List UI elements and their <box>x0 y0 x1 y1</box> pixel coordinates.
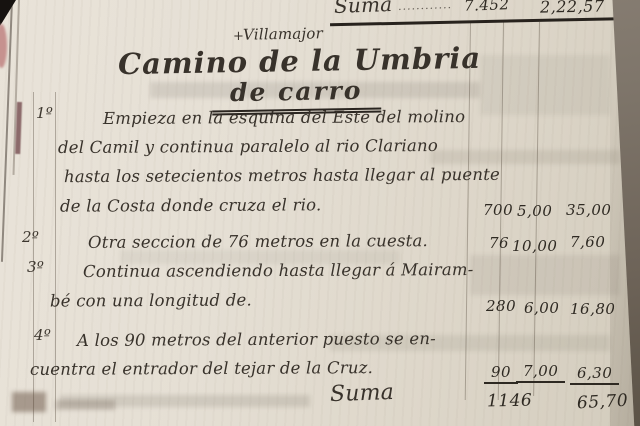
item-metros: 90 <box>484 363 518 384</box>
item-text-line: cuentra el entrador del tejar de la Cruz… <box>30 358 373 379</box>
item-importe: 35,00 <box>566 201 611 219</box>
ledger-page: Suma ............ 7.452 2,22,57 + Villam… <box>0 0 640 426</box>
item-metros: 76 <box>489 234 509 252</box>
item-importe: 7,60 <box>570 233 605 251</box>
item-text-line: A los 90 metros del anterior puesto se e… <box>77 329 436 350</box>
item-text-line: Otra seccion de 76 metros en la cuesta. <box>88 231 428 252</box>
item-importe: 6,30 <box>570 364 619 385</box>
item-precio: 5,00 <box>517 202 552 220</box>
page-curl-shadow <box>610 0 640 426</box>
binding-mark <box>15 102 22 154</box>
place-name: Villamajor <box>243 24 323 43</box>
total-metros: 1146 <box>487 391 533 412</box>
item-precio: 6,00 <box>524 299 559 317</box>
item-number: 1º <box>36 104 53 122</box>
item-text-line: Empieza en la esquina del Este del molin… <box>103 107 465 128</box>
item-metros: 700 <box>483 201 513 219</box>
item-precio: 7,00 <box>516 362 565 383</box>
ink-showthrough <box>470 255 620 295</box>
item-text-line: bé con una longitud de. <box>50 290 252 310</box>
item-number: 3º <box>27 258 44 276</box>
carry-sum-importe: 2,22,57 <box>540 0 605 17</box>
corner-smudge <box>55 400 115 410</box>
item-number: 4º <box>34 326 51 344</box>
item-precio: 10,00 <box>512 237 557 255</box>
total-label: Suma <box>330 380 395 407</box>
item-metros: 280 <box>486 297 516 315</box>
item-text-line: Continua ascendiendo hasta llegar á Mair… <box>83 260 474 281</box>
page-title: Camino de la Umbria <box>118 41 482 81</box>
column-rule-metros <box>465 22 471 400</box>
carry-sum-metros: 7.452 <box>464 0 510 15</box>
item-text-line: del Camil y continua paralelo al rio Cla… <box>58 136 438 157</box>
manuscript-photo: Suma ............ 7.452 2,22,57 + Villam… <box>0 0 640 426</box>
corner-smudge <box>12 392 46 412</box>
dotted-leader: ............ <box>398 0 452 13</box>
ink-showthrough <box>430 150 620 164</box>
item-importe: 16,80 <box>570 300 615 318</box>
item-text-line: hasta los setecientos metros hasta llega… <box>64 165 500 186</box>
ink-showthrough <box>60 395 310 407</box>
item-text-line: de la Costa donde cruza el rio. <box>60 195 322 215</box>
carry-sum-underline <box>330 17 640 26</box>
total-importe: 65,70 <box>577 391 629 414</box>
item-number: 2º <box>22 228 39 246</box>
ink-showthrough <box>480 55 610 115</box>
carry-sum-label: Suma <box>334 0 393 18</box>
